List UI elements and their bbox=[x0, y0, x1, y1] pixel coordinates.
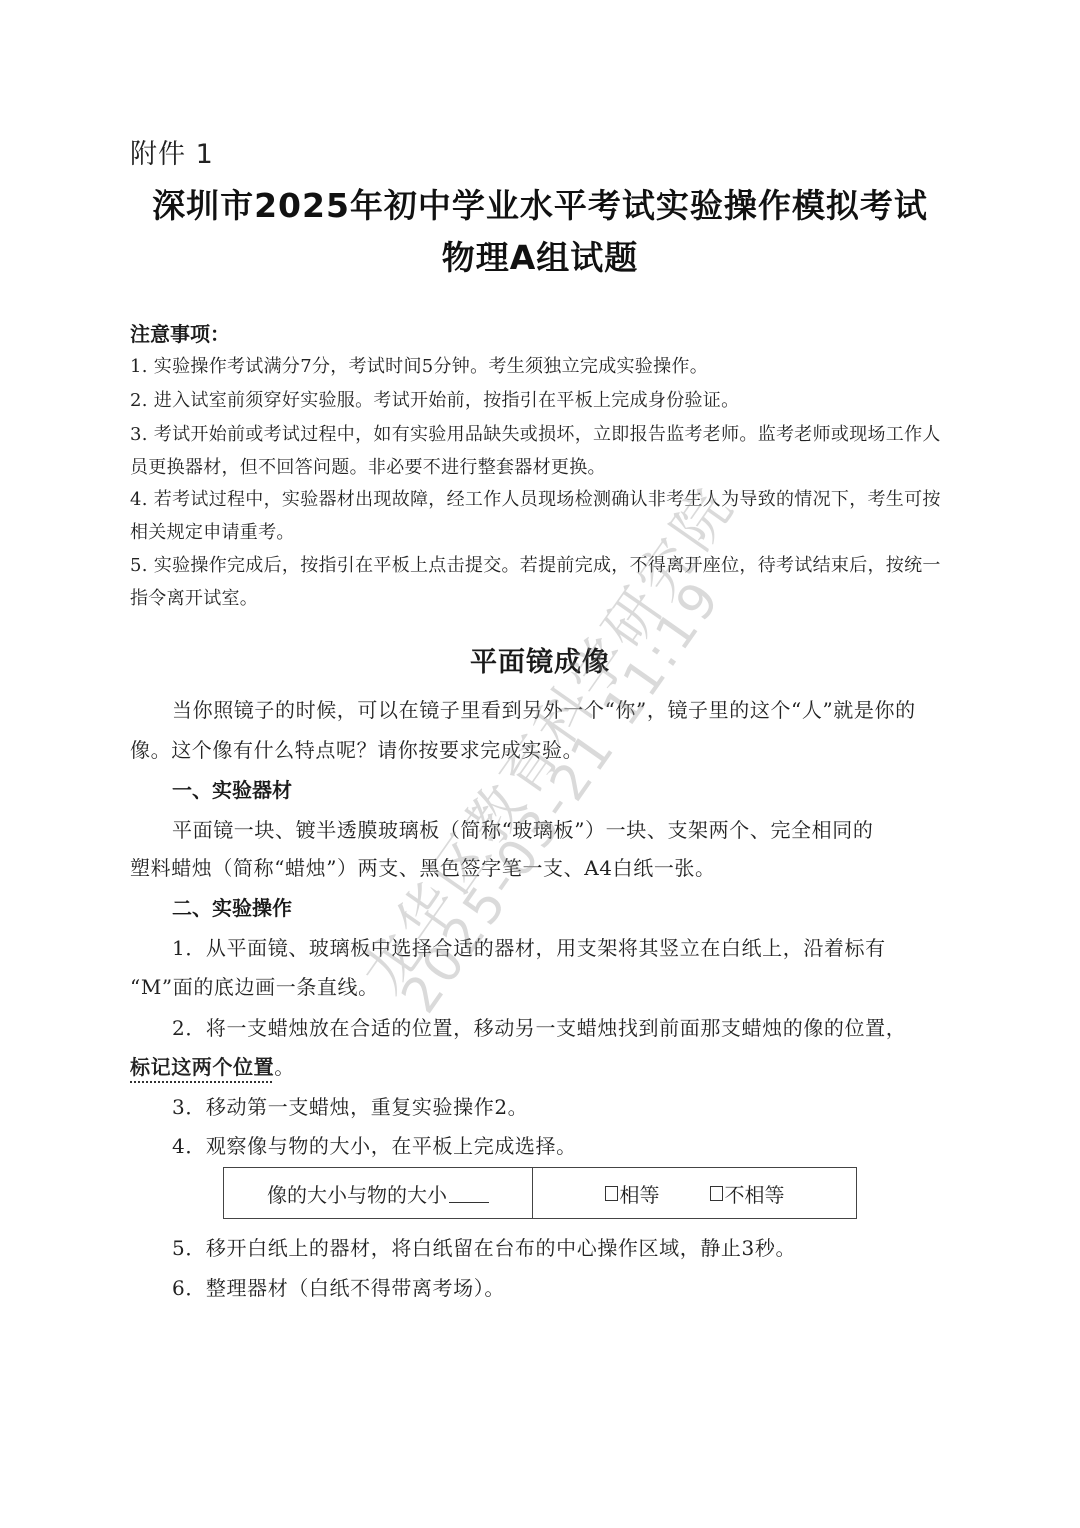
notes-heading: 注意事项： bbox=[130, 318, 230, 347]
step-2-continued: 标记这两个位置。 bbox=[130, 1051, 295, 1080]
note-line: 4. 若考试过程中，实验器材出现故障，经工作人员现场检测确认非考生人为导致的情况… bbox=[130, 485, 941, 511]
document-subtitle: 物理A组试题 bbox=[0, 232, 1080, 279]
punctuation: 。 bbox=[274, 1055, 295, 1079]
step-6: 6．整理器材（白纸不得带离考场）。 bbox=[172, 1272, 505, 1301]
step-2: 2．将一支蜡烛放在合适的位置，移动另一支蜡烛找到前面那支蜡烛的像的位置， bbox=[172, 1012, 906, 1041]
note-line: 员更换器材，但不回答问题。非必要不进行整套器材更换。 bbox=[130, 453, 606, 479]
answer-blank bbox=[449, 1184, 489, 1203]
intro-text: 当你照镜子的时候，可以在镜子里看到另外一个“你”，镜子里的这个“人”就是你的 bbox=[172, 694, 916, 723]
step-1-continued: “M”面的底边画一条直线。 bbox=[130, 971, 379, 1000]
option-equal[interactable]: 相等 bbox=[605, 1179, 660, 1208]
step-5: 5．移开白纸上的器材，将白纸留在台布的中心操作区域，静止3秒。 bbox=[172, 1232, 796, 1261]
document-title: 深圳市2025年初中学业水平考试实验操作模拟考试 bbox=[0, 180, 1080, 227]
step-4: 4．观察像与物的大小，在平板上完成选择。 bbox=[172, 1130, 577, 1159]
answer-table: 像的大小与物的大小 相等 不相等 bbox=[223, 1167, 857, 1219]
exam-page: 附件 1 深圳市2025年初中学业水平考试实验操作模拟考试 物理A组试题 注意事… bbox=[0, 0, 1080, 1528]
note-line: 指令离开试室。 bbox=[130, 584, 258, 610]
intro-text: 像。这个像有什么特点呢？请你按要求完成实验。 bbox=[130, 734, 583, 763]
step-3: 3．移动第一支蜡烛，重复实验操作2。 bbox=[172, 1091, 528, 1120]
option-not-equal[interactable]: 不相等 bbox=[710, 1179, 785, 1208]
step-1: 1．从平面镜、玻璃板中选择合适的器材，用支架将其竖立在白纸上，沿着标有 bbox=[172, 932, 886, 961]
materials-text: 塑料蜡烛（简称“蜡烛”）两支、黑色签字笔一支、A4白纸一张。 bbox=[130, 852, 716, 881]
note-line: 相关规定申请重考。 bbox=[130, 518, 295, 544]
option-label: 不相等 bbox=[725, 1179, 785, 1208]
note-line: 2. 进入试室前须穿好实验服。考试开始前，按指引在平板上完成身份验证。 bbox=[130, 386, 739, 412]
question-text: 像的大小与物的大小 bbox=[267, 1179, 447, 1208]
note-line: 3. 考试开始前或考试过程中，如有实验用品缺失或损坏，立即报告监考老师。监考老师… bbox=[130, 420, 941, 446]
attachment-label: 附件 1 bbox=[130, 132, 214, 171]
options-cell: 相等 不相等 bbox=[533, 1168, 856, 1218]
emphasized-text: 标记这两个位置 bbox=[130, 1055, 274, 1079]
checkbox-icon[interactable] bbox=[710, 1186, 723, 1201]
option-label: 相等 bbox=[620, 1179, 660, 1208]
note-line: 5. 实验操作完成后，按指引在平板上点击提交。若提前完成，不得离开座位，待考试结… bbox=[130, 551, 941, 577]
operations-heading: 二、实验操作 bbox=[172, 892, 292, 921]
materials-text: 平面镜一块、镀半透膜玻璃板（简称“玻璃板”）一块、支架两个、完全相同的 bbox=[172, 814, 873, 843]
note-line: 1. 实验操作考试满分7分，考试时间5分钟。考生须独立完成实验操作。 bbox=[130, 352, 708, 378]
checkbox-icon[interactable] bbox=[605, 1186, 618, 1201]
question-cell: 像的大小与物的大小 bbox=[224, 1168, 533, 1218]
experiment-title: 平面镜成像 bbox=[0, 640, 1080, 679]
materials-heading: 一、实验器材 bbox=[172, 774, 292, 803]
